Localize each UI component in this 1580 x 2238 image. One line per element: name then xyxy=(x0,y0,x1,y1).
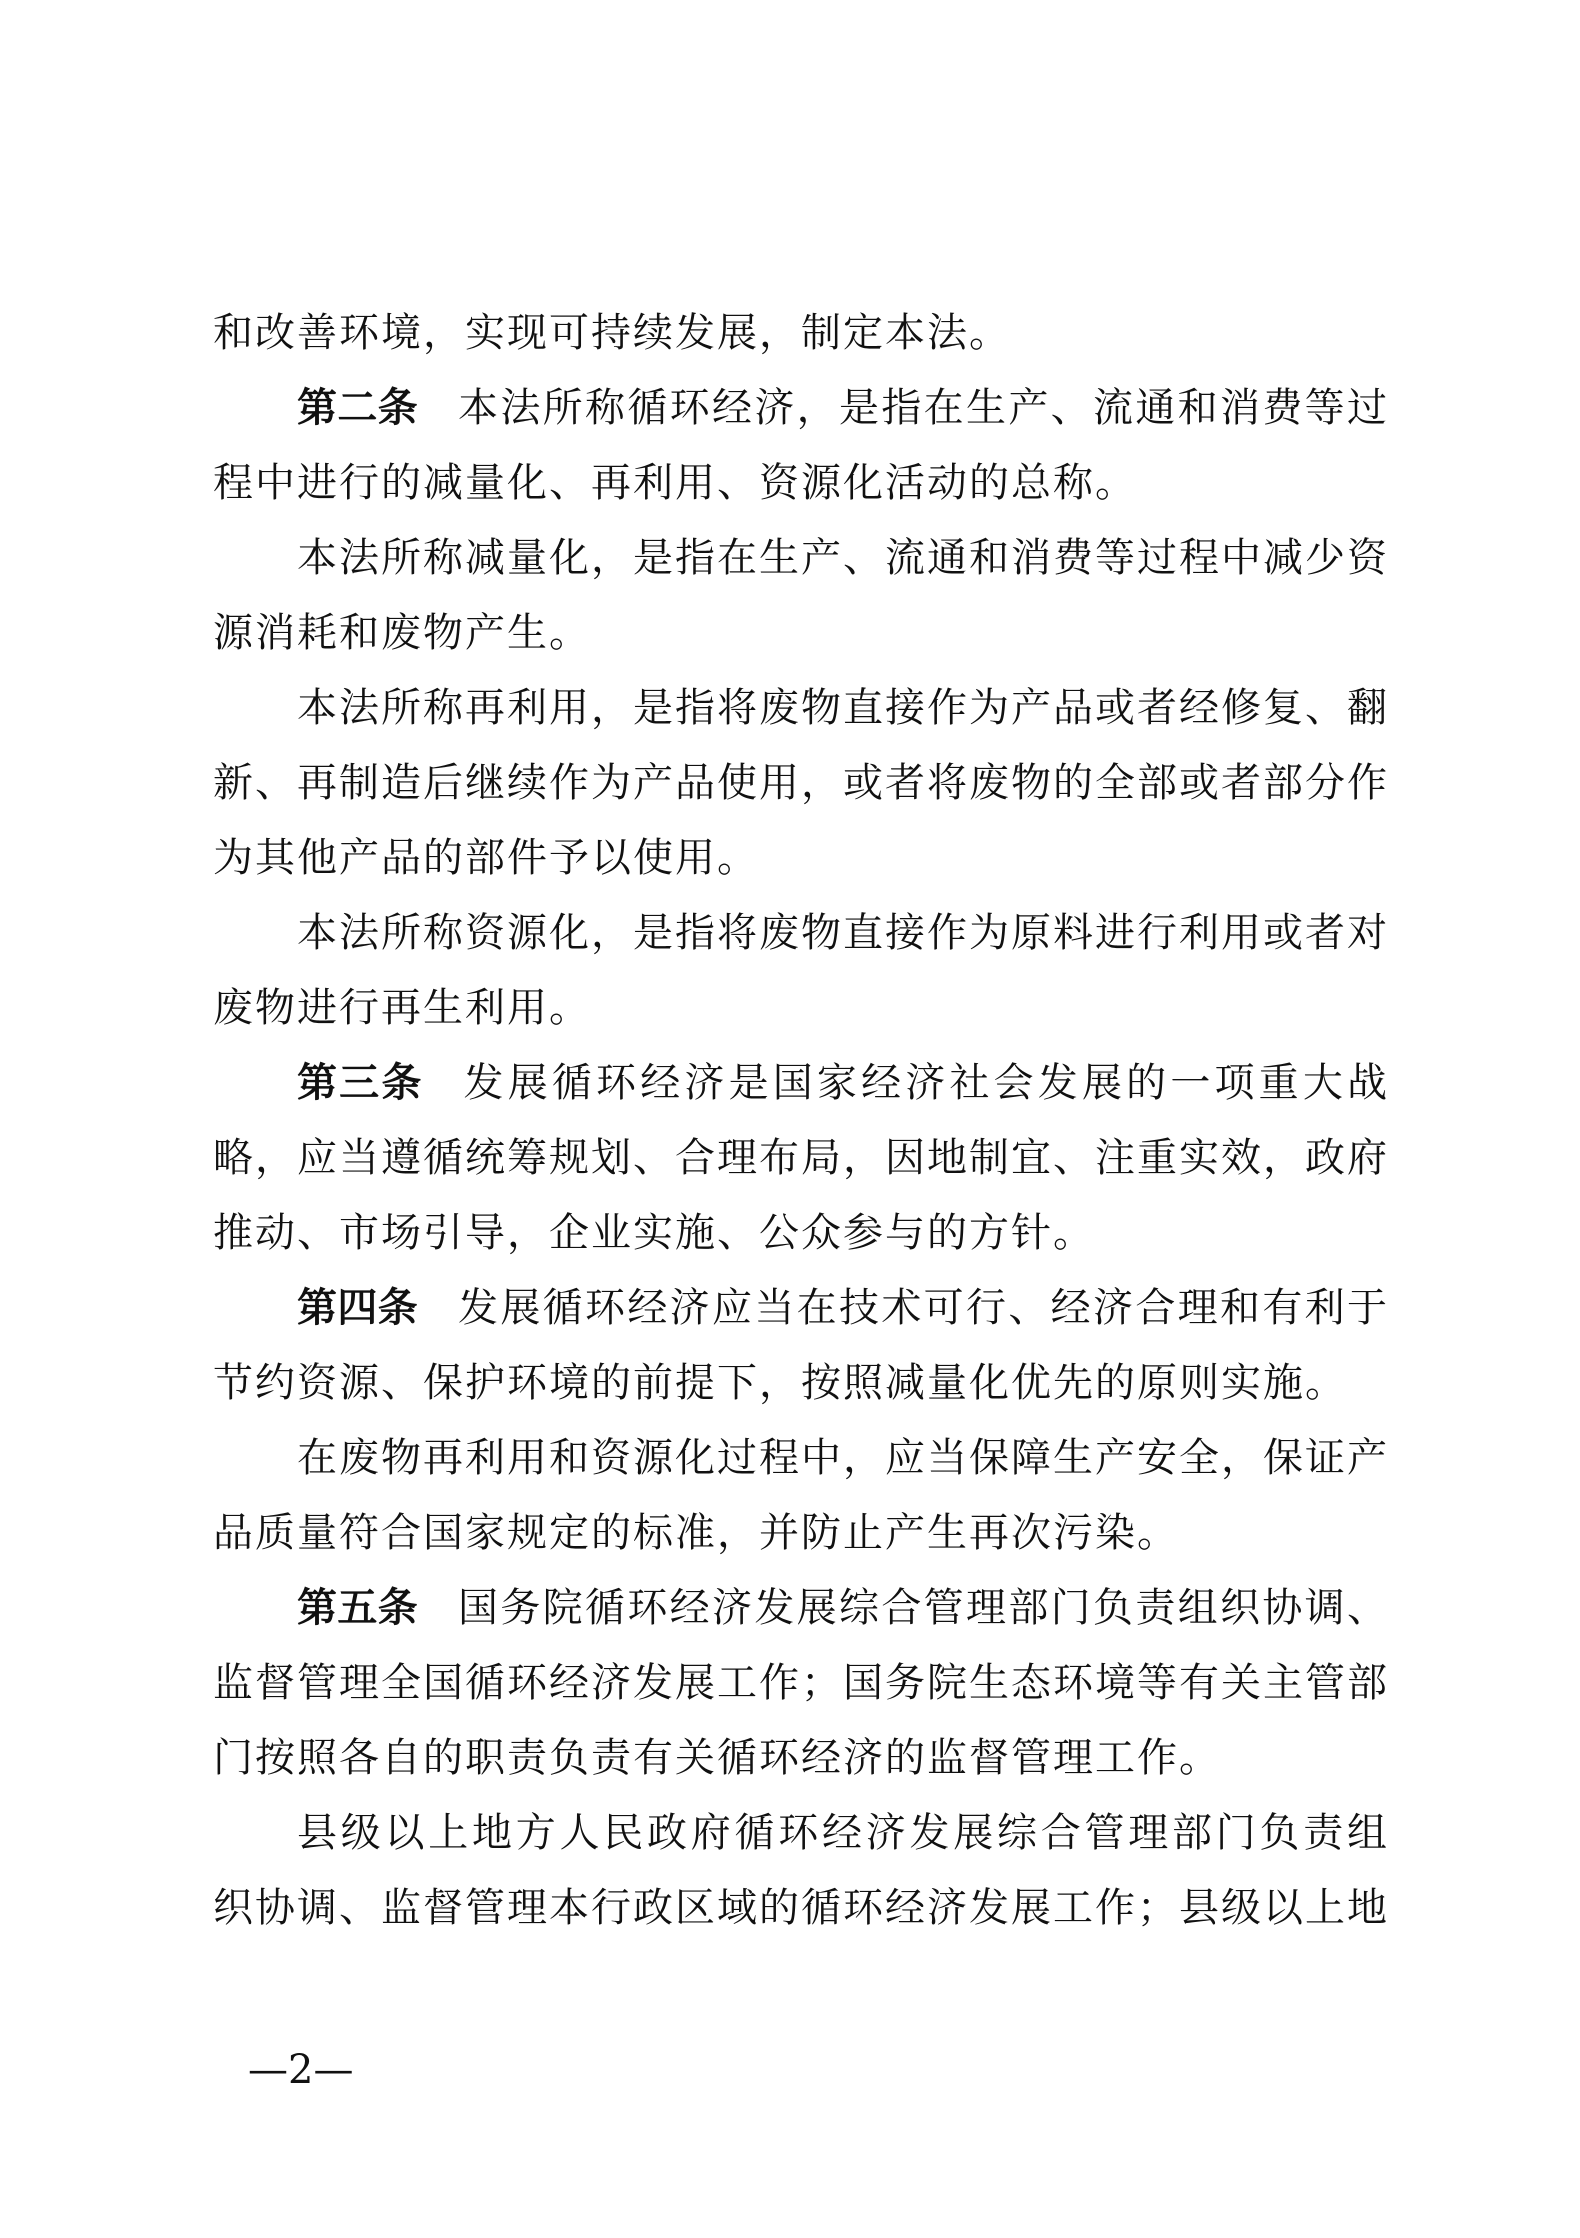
article-number: 第五条 xyxy=(297,1585,418,1631)
text-line: 程中进行的减量化、再利用、资源化活动的总称。 xyxy=(213,446,1389,521)
text-line: 本法所称再利用，是指将废物直接作为产品或者经修复、翻 xyxy=(213,671,1389,746)
text-line: 监督管理全国循环经济发展工作；国务院生态环境等有关主管部 xyxy=(213,1646,1389,1721)
line-text: 和改善环境，实现可持续发展，制定本法。 xyxy=(213,310,1011,356)
article-number: 第三条 xyxy=(297,1060,424,1106)
line-text: 节约资源、保护环境的前提下，按照减量化优先的原则实施。 xyxy=(213,1360,1347,1406)
line-text: 本法所称再利用，是指将废物直接作为产品或者经修复、翻 xyxy=(297,685,1389,731)
line-text: 国务院循环经济发展综合管理部门负责组织协调、 xyxy=(458,1585,1389,1631)
line-text: 为其他产品的部件予以使用。 xyxy=(213,835,759,881)
line-text: 废物进行再生利用。 xyxy=(213,985,591,1031)
text-line: 节约资源、保护环境的前提下，按照减量化优先的原则实施。 xyxy=(213,1346,1389,1421)
document-body: 和改善环境，实现可持续发展，制定本法。 第二条本法所称循环经济，是指在生产、流通… xyxy=(213,296,1389,1946)
line-text: 略，应当遵循统筹规划、合理布局，因地制宜、注重实效，政府 xyxy=(213,1135,1389,1181)
text-line: 本法所称资源化，是指将废物直接作为原料进行利用或者对 xyxy=(213,896,1389,971)
line-text: 监督管理全国循环经济发展工作；国务院生态环境等有关主管部 xyxy=(213,1660,1389,1706)
text-line: 本法所称减量化，是指在生产、流通和消费等过程中减少资 xyxy=(213,521,1389,596)
text-line: 和改善环境，实现可持续发展，制定本法。 xyxy=(213,296,1389,371)
line-text: 织协调、监督管理本行政区域的循环经济发展工作；县级以上地 xyxy=(213,1885,1389,1931)
line-text: 本法所称循环经济，是指在生产、流通和消费等过 xyxy=(458,385,1389,431)
document-page: 和改善环境，实现可持续发展，制定本法。 第二条本法所称循环经济，是指在生产、流通… xyxy=(0,0,1580,2238)
article-number: 第二条 xyxy=(297,385,418,431)
article-3-line: 第三条发展循环经济是国家经济社会发展的一项重大战 xyxy=(213,1046,1389,1121)
line-text: 在废物再利用和资源化过程中，应当保障生产安全，保证产 xyxy=(297,1435,1389,1481)
text-line: 源消耗和废物产生。 xyxy=(213,596,1389,671)
text-line: 门按照各自的职责负责有关循环经济的监督管理工作。 xyxy=(213,1721,1389,1796)
text-line: 织协调、监督管理本行政区域的循环经济发展工作；县级以上地 xyxy=(213,1871,1389,1946)
text-line: 为其他产品的部件予以使用。 xyxy=(213,821,1389,896)
text-line: 品质量符合国家规定的标准，并防止产生再次污染。 xyxy=(213,1496,1389,1571)
line-text: 发展循环经济应当在技术可行、经济合理和有利于 xyxy=(458,1285,1389,1331)
page-number: —2— xyxy=(248,2045,353,2095)
line-text: 推动、市场引导，企业实施、公众参与的方针。 xyxy=(213,1210,1095,1256)
line-text: 品质量符合国家规定的标准，并防止产生再次污染。 xyxy=(213,1510,1179,1556)
line-text: 源消耗和废物产生。 xyxy=(213,610,591,656)
line-text: 门按照各自的职责负责有关循环经济的监督管理工作。 xyxy=(213,1735,1221,1781)
text-line: 新、再制造后继续作为产品使用，或者将废物的全部或者部分作 xyxy=(213,746,1389,821)
article-4-line: 第四条发展循环经济应当在技术可行、经济合理和有利于 xyxy=(213,1271,1389,1346)
line-text: 本法所称减量化，是指在生产、流通和消费等过程中减少资 xyxy=(297,535,1389,581)
text-line: 在废物再利用和资源化过程中，应当保障生产安全，保证产 xyxy=(213,1421,1389,1496)
text-line: 推动、市场引导，企业实施、公众参与的方针。 xyxy=(213,1196,1389,1271)
line-text: 县级以上地方人民政府循环经济发展综合管理部门负责组 xyxy=(297,1810,1389,1856)
line-text: 发展循环经济是国家经济社会发展的一项重大战 xyxy=(464,1060,1389,1106)
line-text: 本法所称资源化，是指将废物直接作为原料进行利用或者对 xyxy=(297,910,1389,956)
text-line: 县级以上地方人民政府循环经济发展综合管理部门负责组 xyxy=(213,1796,1389,1871)
article-number: 第四条 xyxy=(297,1285,418,1331)
text-line: 略，应当遵循统筹规划、合理布局，因地制宜、注重实效，政府 xyxy=(213,1121,1389,1196)
line-text: 新、再制造后继续作为产品使用，或者将废物的全部或者部分作 xyxy=(213,760,1389,806)
article-2-line: 第二条本法所称循环经济，是指在生产、流通和消费等过 xyxy=(213,371,1389,446)
line-text: 程中进行的减量化、再利用、资源化活动的总称。 xyxy=(213,460,1137,506)
article-5-line: 第五条国务院循环经济发展综合管理部门负责组织协调、 xyxy=(213,1571,1389,1646)
text-line: 废物进行再生利用。 xyxy=(213,971,1389,1046)
